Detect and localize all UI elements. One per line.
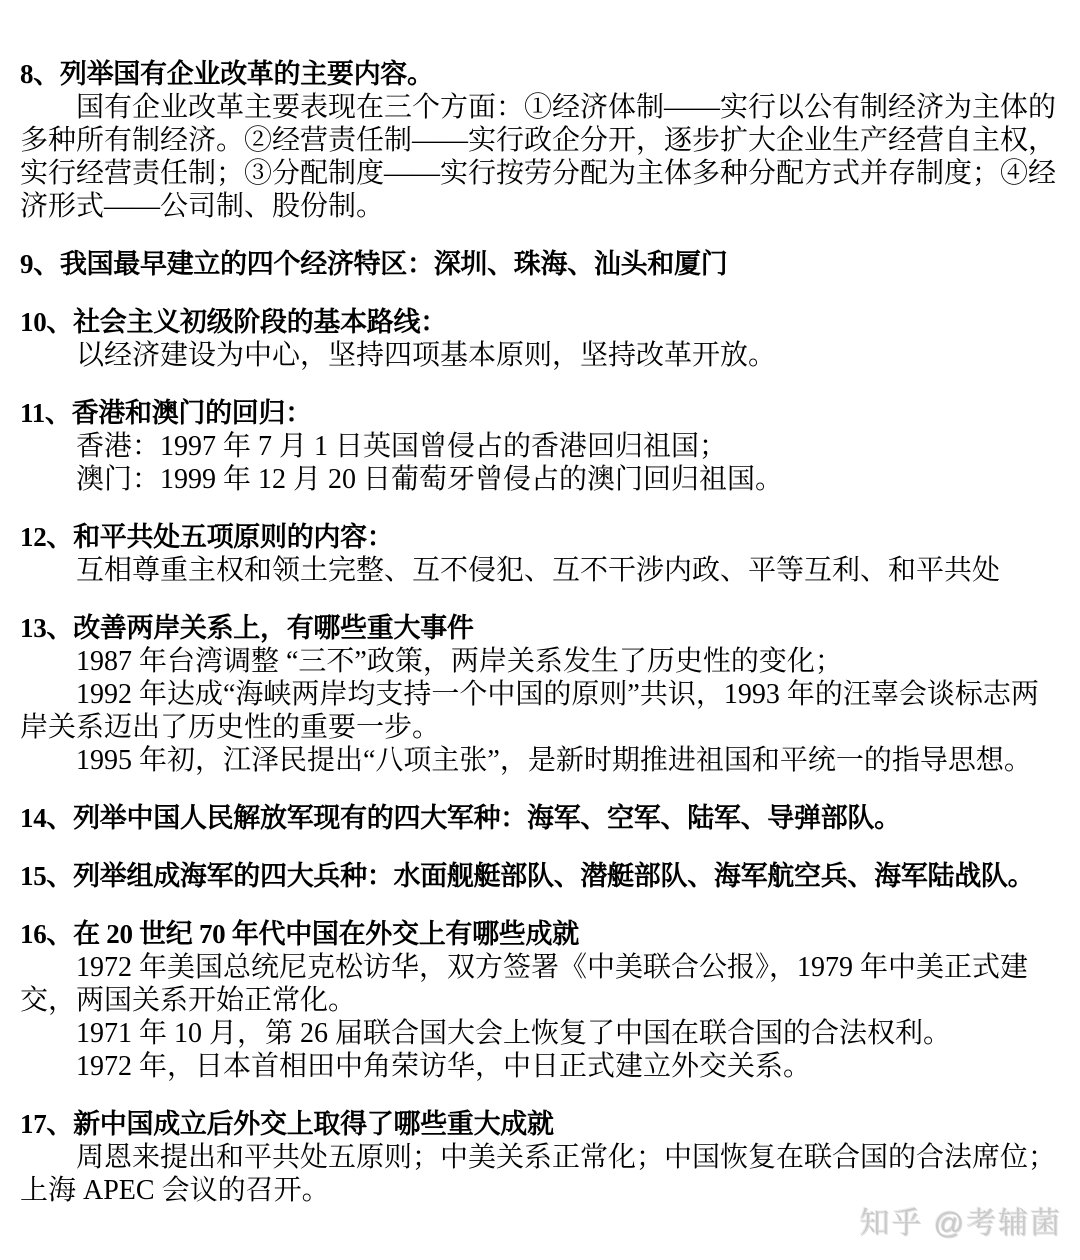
section-9-heading: 9、我国最早建立的四个经济特区：深圳、珠海、汕头和厦门 — [20, 248, 1058, 281]
section-13-paragraph-1987: 1987 年台湾调整 “三不”政策，两岸关系发生了历史性的变化； — [20, 645, 1058, 678]
section-10-heading: 10、社会主义初级阶段的基本路线： — [20, 306, 1058, 339]
section-16-paragraph-nixon: 1972 年美国总统尼克松访华，双方签署《中美联合公报》，1979 年中美正式建… — [20, 951, 1058, 1017]
section-13-heading: 13、改善两岸关系上，有哪些重大事件 — [20, 612, 1058, 645]
document-body: 8、列举国有企业改革的主要内容。 国有企业改革主要表现在三个方面：①经济体制——… — [0, 0, 1080, 1207]
section-16-heading: 16、在 20 世纪 70 年代中国在外交上有哪些成就 — [20, 918, 1058, 951]
section-16-paragraph-japan: 1972 年，日本首相田中角荣访华，中日正式建立外交关系。 — [20, 1050, 1058, 1083]
section-11-paragraph-macau: 澳门：1999 年 12 月 20 日葡萄牙曾侵占的澳门回归祖国。 — [20, 463, 1058, 496]
section-8-heading: 8、列举国有企业改革的主要内容。 — [20, 58, 1058, 91]
section-13: 13、改善两岸关系上，有哪些重大事件 1987 年台湾调整 “三不”政策，两岸关… — [20, 612, 1058, 777]
section-13-paragraph-1992: 1992 年达成“海峡两岸均支持一个中国的原则”共识，1993 年的汪辜会谈标志… — [20, 678, 1058, 744]
section-14: 14、列举中国人民解放军现有的四大军种：海军、空军、陆军、导弹部队。 — [20, 802, 1058, 835]
section-17: 17、新中国成立后外交上取得了哪些重大成就 周恩来提出和平共处五原则；中美关系正… — [20, 1108, 1058, 1207]
section-10: 10、社会主义初级阶段的基本路线： 以经济建设为中心，坚持四项基本原则，坚持改革… — [20, 306, 1058, 372]
section-16-paragraph-un: 1971 年 10 月，第 26 届联合国大会上恢复了中国在联合国的合法权利。 — [20, 1017, 1058, 1050]
section-16: 16、在 20 世纪 70 年代中国在外交上有哪些成就 1972 年美国总统尼克… — [20, 918, 1058, 1083]
section-9: 9、我国最早建立的四个经济特区：深圳、珠海、汕头和厦门 — [20, 248, 1058, 281]
section-10-paragraph: 以经济建设为中心，坚持四项基本原则，坚持改革开放。 — [20, 339, 1058, 372]
section-11: 11、香港和澳门的回归： 香港：1997 年 7 月 1 日英国曾侵占的香港回归… — [20, 397, 1058, 496]
section-8-paragraph: 国有企业改革主要表现在三个方面：①经济体制——实行以公有制经济为主体的多种所有制… — [20, 91, 1058, 223]
section-12: 12、和平共处五项原则的内容： 互相尊重主权和领土完整、互不侵犯、互不干涉内政、… — [20, 521, 1058, 587]
section-8: 8、列举国有企业改革的主要内容。 国有企业改革主要表现在三个方面：①经济体制——… — [20, 58, 1058, 223]
section-17-heading: 17、新中国成立后外交上取得了哪些重大成就 — [20, 1108, 1058, 1141]
section-11-paragraph-hongkong: 香港：1997 年 7 月 1 日英国曾侵占的香港回归祖国； — [20, 430, 1058, 463]
zhihu-watermark: 知乎 @考辅菌 — [859, 1198, 1062, 1242]
section-12-heading: 12、和平共处五项原则的内容： — [20, 521, 1058, 554]
section-15-heading: 15、列举组成海军的四大兵种：水面舰艇部队、潜艇部队、海军航空兵、海军陆战队。 — [20, 860, 1058, 893]
section-15: 15、列举组成海军的四大兵种：水面舰艇部队、潜艇部队、海军航空兵、海军陆战队。 — [20, 860, 1058, 893]
section-12-paragraph: 互相尊重主权和领土完整、互不侵犯、互不干涉内政、平等互利、和平共处 — [20, 554, 1058, 587]
section-11-heading: 11、香港和澳门的回归： — [20, 397, 1058, 430]
section-14-heading: 14、列举中国人民解放军现有的四大军种：海军、空军、陆军、导弹部队。 — [20, 802, 1058, 835]
section-13-paragraph-1995: 1995 年初，江泽民提出“八项主张”，是新时期推进祖国和平统一的指导思想。 — [20, 744, 1058, 777]
